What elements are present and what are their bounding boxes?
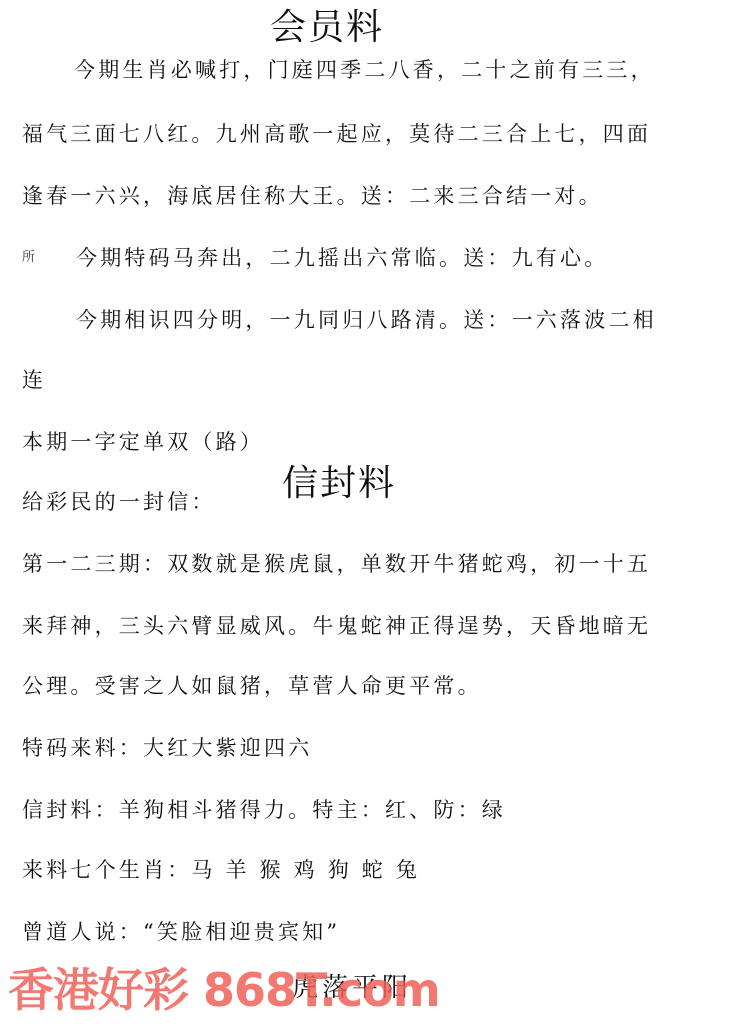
seven-zodiacs-line: 来料七个生肖：马 羊 猴 鸡 狗 蛇 兔 xyxy=(22,856,420,884)
member-line-3: 逢春一六兴，海底居住称大王。送：二来三合结一对。 xyxy=(22,182,603,210)
envelope-tip-line: 信封料：羊狗相斗猪得力。特主：红、防：绿 xyxy=(22,796,506,824)
envelope-line-3: 公理。受害之人如鼠猪，草菅人命更平常。 xyxy=(22,672,482,700)
special-code-line: 特码来料：大红大紫迎四六 xyxy=(22,734,312,762)
member-line-5: 今期相识四分明，一九同归八路清。送：一六落波二相 xyxy=(76,306,657,334)
watermark: 香港好彩 868T.com xyxy=(8,962,440,1018)
margin-mark: 所 xyxy=(22,250,35,266)
envelope-line-1: 第一二三期：双数就是猴虎鼠，单数开牛猪蛇鸡，初一十五 xyxy=(22,550,651,578)
member-title: 会员料 xyxy=(270,8,384,48)
member-line-2: 福气三面七八红。九州高歌一起应，莫待二三合上七，四面 xyxy=(22,120,651,148)
envelope-title: 信封料 xyxy=(282,464,396,504)
member-line-6: 连 xyxy=(22,366,46,394)
daoist-quote-line: 曾道人说：“笑脸相迎贵宾知” xyxy=(22,918,340,946)
member-line-4: 今期特码马奔出，二九摇出六常临。送：九有心。 xyxy=(76,244,608,272)
letter-intro: 给彩民的一封信： xyxy=(22,488,216,516)
single-double-line: 本期一字定单双（路） xyxy=(22,428,264,456)
envelope-line-2: 来拜神，三头六臂显威风。牛鬼蛇神正得逞势，天昏地暗无 xyxy=(22,612,651,640)
member-line-1: 今期生肖必喊打，门庭四季二八香，二十之前有三三， xyxy=(74,56,655,84)
